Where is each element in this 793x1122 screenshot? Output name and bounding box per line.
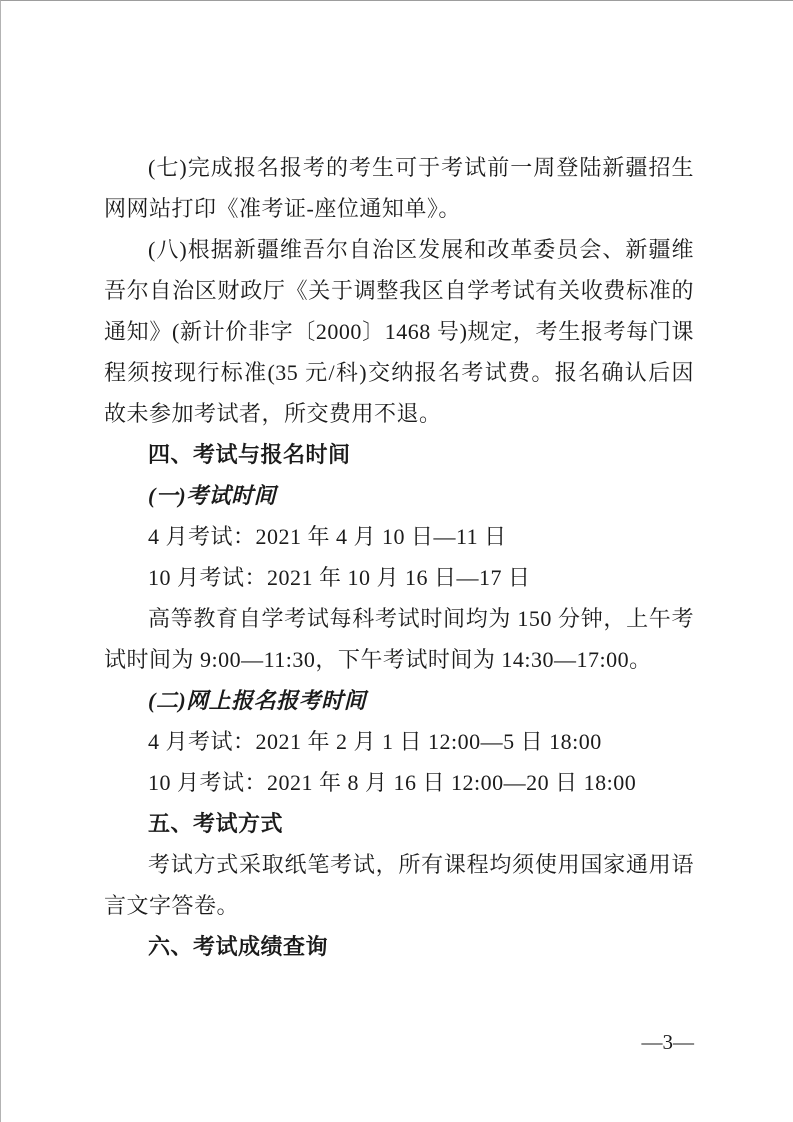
line-april-exam-date: 4 月考试：2021 年 4 月 10 日—11 日 — [104, 516, 694, 557]
para-exam-fee-standard: (八)根据新疆维吾尔自治区发展和改革委员会、新疆维吾尔自治区财政厅《关于调整我区… — [104, 229, 694, 434]
section-heading-exam-method: 五、考试方式 — [104, 803, 694, 844]
para-exam-duration-and-sessions: 高等教育自学考试每科考试时间均为 150 分钟，上午考试时间为 9:00—11:… — [104, 598, 694, 680]
line-october-registration-window: 10 月考试：2021 年 8 月 16 日 12:00—20 日 18:00 — [104, 762, 694, 803]
document-body: (七)完成报名报考的考生可于考试前一周登陆新疆招生网网站打印《准考证-座位通知单… — [104, 147, 694, 967]
section-heading-score-inquiry: 六、考试成绩查询 — [104, 926, 694, 967]
subheading-exam-time: (一)考试时间 — [104, 475, 694, 516]
document-page: (七)完成报名报考的考生可于考试前一周登陆新疆招生网网站打印《准考证-座位通知单… — [0, 0, 793, 1122]
section-heading-exam-and-registration-time: 四、考试与报名时间 — [104, 434, 694, 475]
line-october-exam-date: 10 月考试：2021 年 10 月 16 日—17 日 — [104, 557, 694, 598]
subheading-online-registration-time: (二)网上报名报考时间 — [104, 680, 694, 721]
line-april-registration-window: 4 月考试：2021 年 2 月 1 日 12:00—5 日 18:00 — [104, 721, 694, 762]
para-exam-method-detail: 考试方式采取纸笔考试，所有课程均须使用国家通用语言文字答卷。 — [104, 844, 694, 926]
para-admission-ticket-print: (七)完成报名报考的考生可于考试前一周登陆新疆招生网网站打印《准考证-座位通知单… — [104, 147, 694, 229]
page-number: —3— — [104, 1027, 694, 1057]
